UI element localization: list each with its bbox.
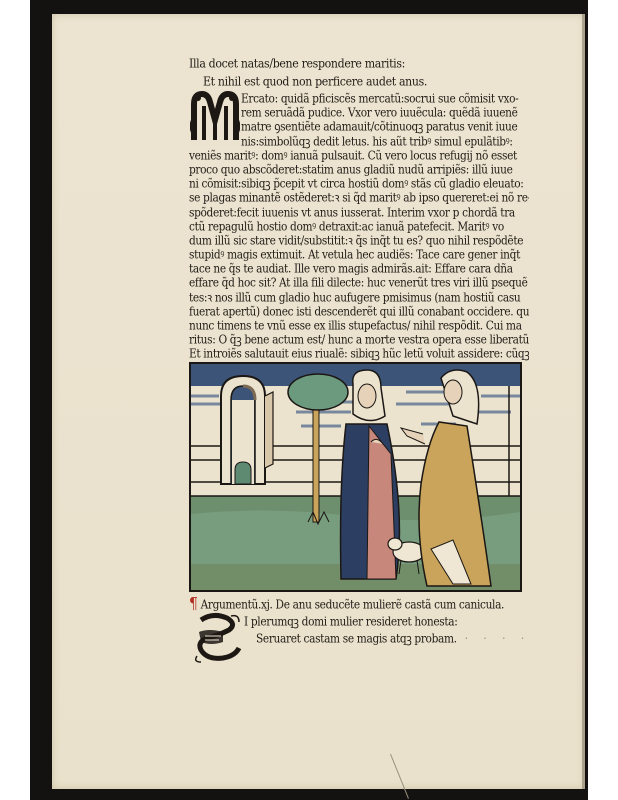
- verse-line-2: Et nihil est quod non perficere audet an…: [203, 74, 427, 90]
- margin-dots: · · · ·: [465, 632, 531, 645]
- body-line: spõderet:fecit iuuenis vt anus iusserat.…: [189, 205, 529, 221]
- body-line: matre ꝯsentiẽte adamauit/cõtinuoqꝫ parat…: [189, 120, 529, 136]
- pilcrow-icon: ¶: [189, 595, 198, 613]
- body-line: se plagas minantẽ ostẽderet:ꝛ si q̃d mar…: [189, 190, 529, 206]
- decorated-initial-s-icon: [193, 612, 245, 664]
- verse-line-4: Seruaret castam se magis atqꝫ probam.· ·…: [256, 631, 530, 647]
- woodcut-illustration: [189, 362, 522, 592]
- body-line: Et introiẽs salutauit eius riualẽ: sibiq…: [189, 347, 529, 363]
- verse-line-1: Illa docet natas/bene respondere maritis…: [189, 56, 405, 72]
- decorated-initial-m-icon: [190, 90, 240, 146]
- argument-caption: ¶Argumentũ.xj. De anu seducẽte mulierẽ c…: [189, 596, 529, 612]
- verse-line-3: I plerumqꝫ domi mulier resideret honesta…: [244, 614, 457, 630]
- body-line: effare q̃d hoc sit? At illa fili dilecte…: [189, 276, 529, 292]
- caption-text: Argumentũ.xj. De anu seducẽte mulierẽ ca…: [201, 598, 505, 611]
- body-text: Ercato: quidã pficiscẽs mercatũ:socrui s…: [189, 92, 529, 376]
